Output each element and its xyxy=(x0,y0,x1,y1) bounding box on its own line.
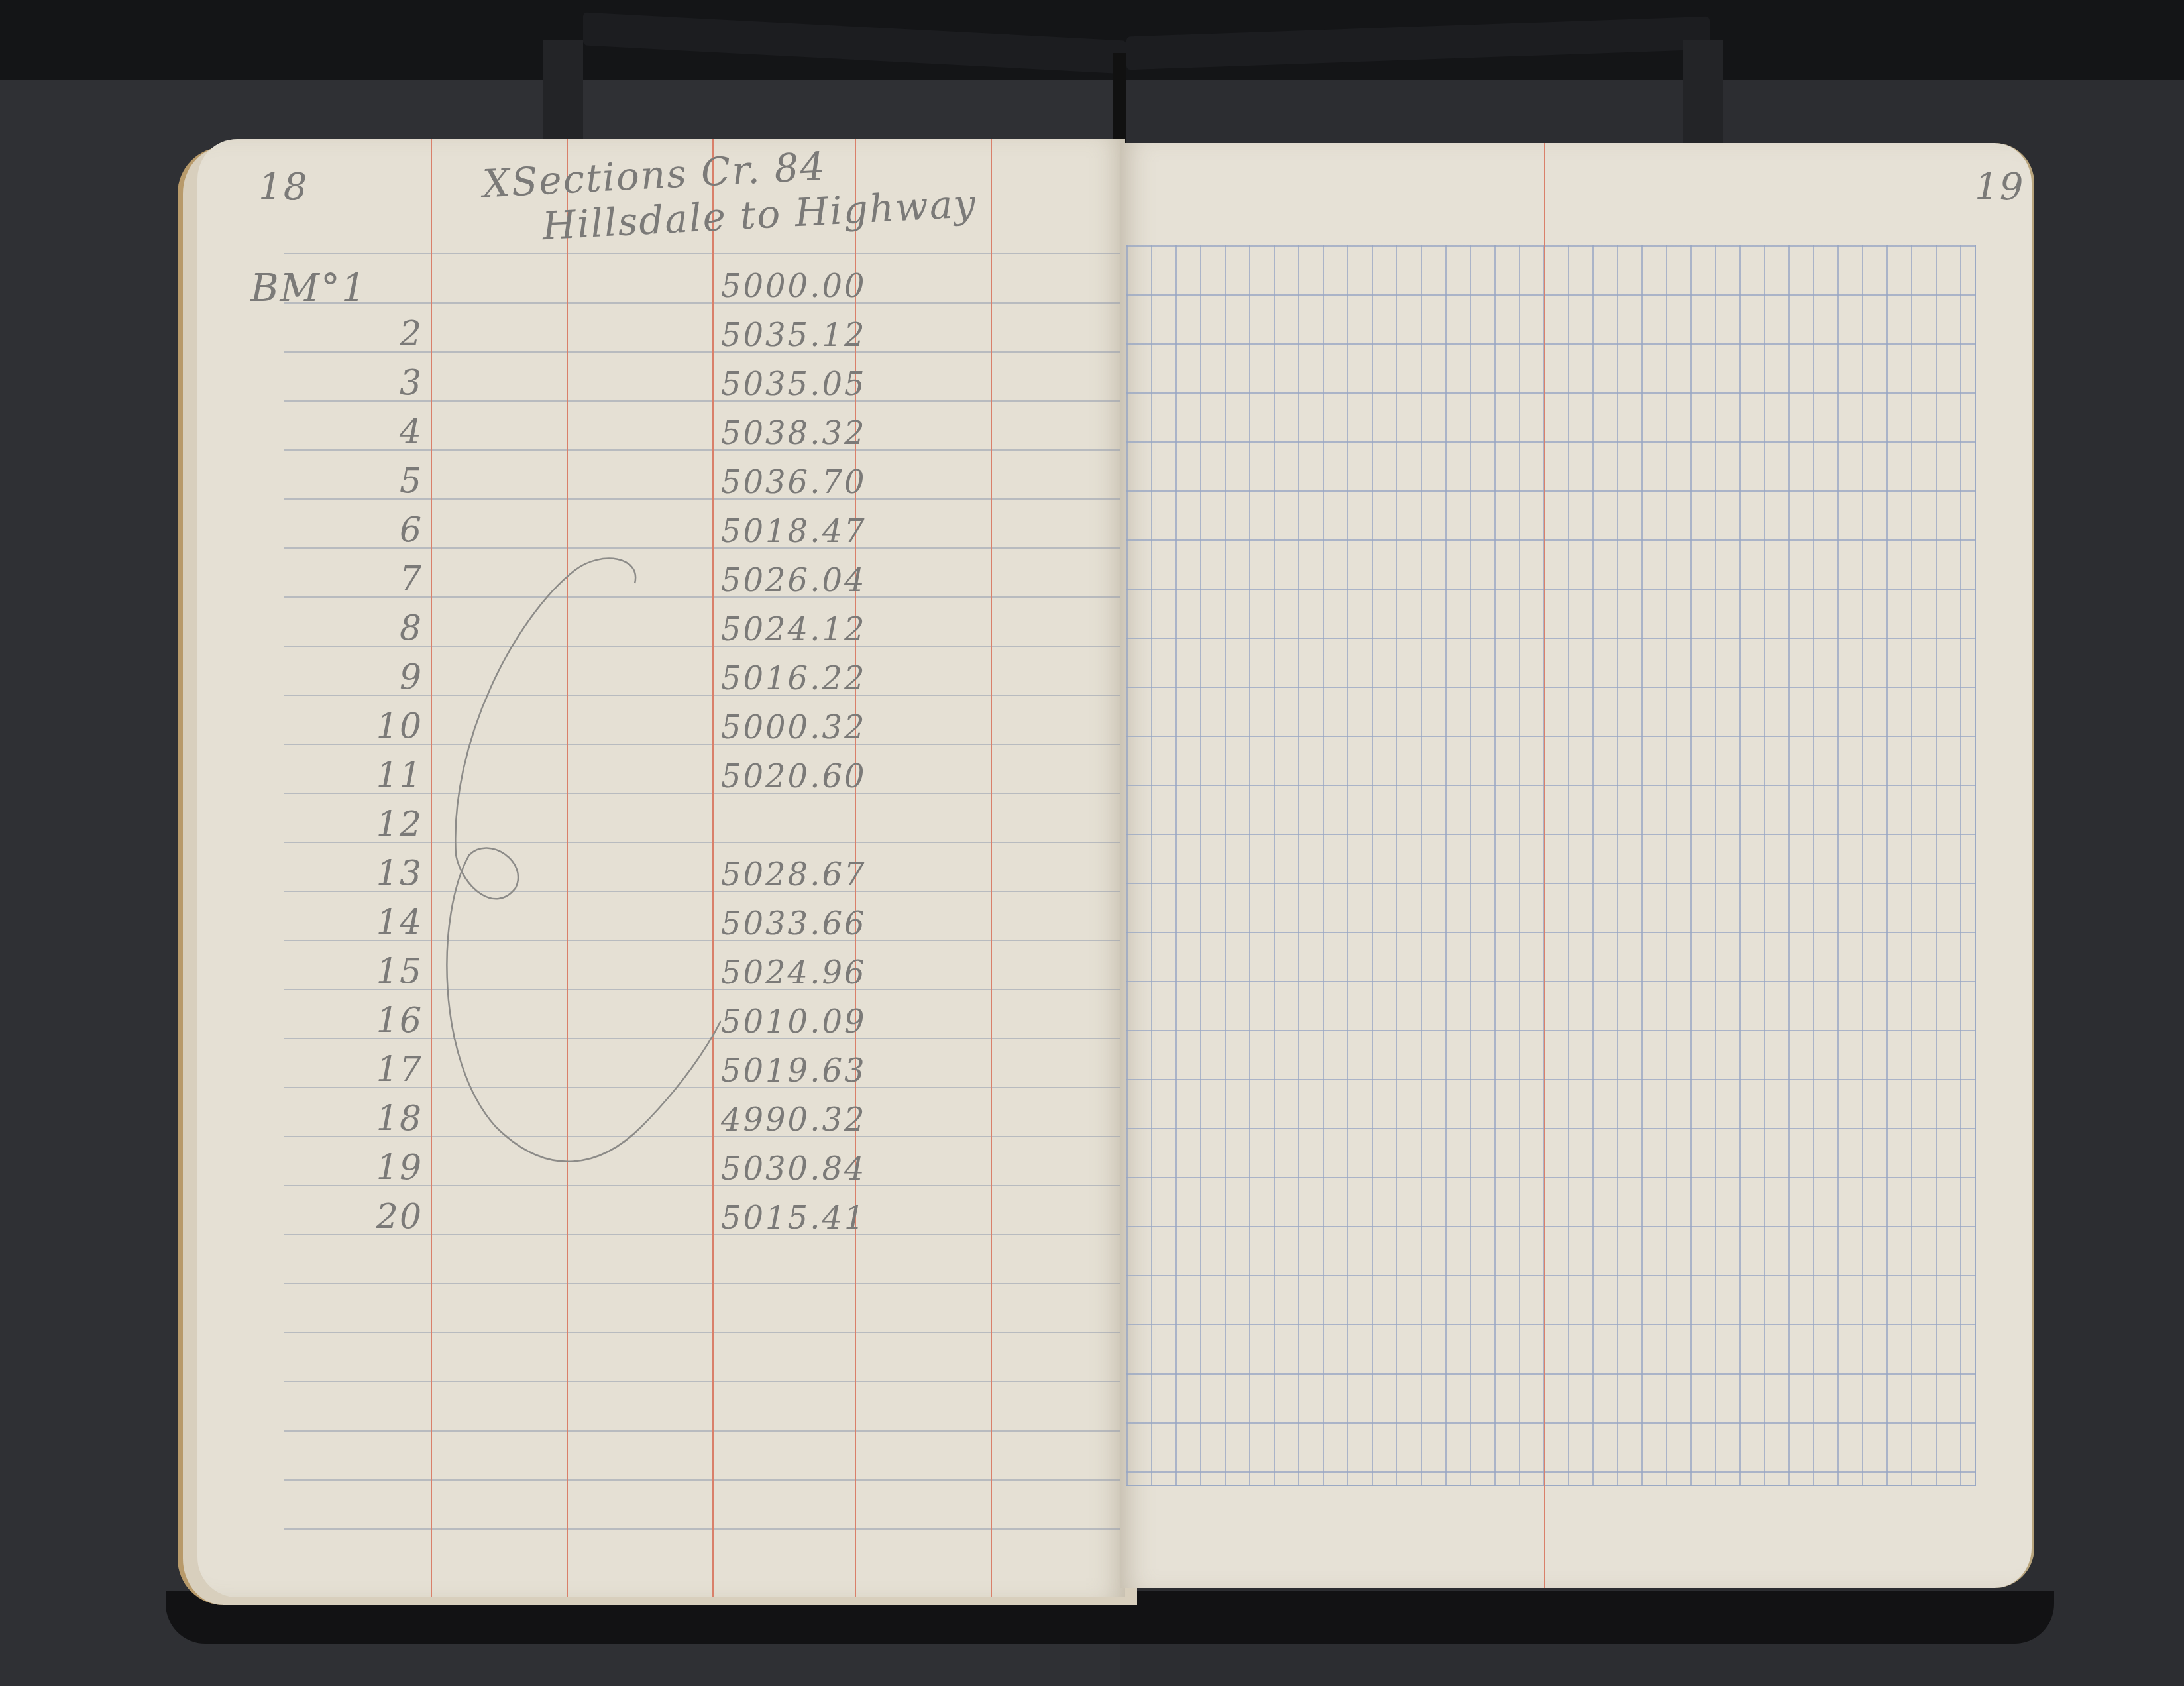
ruled-line xyxy=(284,1479,1125,1481)
pencil-loop-mark xyxy=(443,543,721,1206)
elevation-value: 5015.41 xyxy=(721,1200,867,1237)
right-page: 19 xyxy=(1120,143,2034,1588)
elevation-value: 5038.32 xyxy=(721,415,867,452)
red-column-rule xyxy=(991,139,992,1597)
elevation-value: 5033.66 xyxy=(721,905,867,942)
ruled-line xyxy=(284,302,1125,304)
ruled-line xyxy=(284,253,1125,254)
elevation-value: 5024.12 xyxy=(721,611,867,648)
station-label: 3 xyxy=(290,363,423,403)
station-label: BM°1 xyxy=(250,265,383,310)
ruled-line xyxy=(284,1332,1125,1333)
station-label: 7 xyxy=(290,559,423,599)
ruled-line xyxy=(284,1430,1125,1432)
elevation-value: 5036.70 xyxy=(721,464,867,501)
station-label: 4 xyxy=(290,412,423,452)
station-label: 20 xyxy=(290,1197,423,1237)
station-label: 16 xyxy=(290,1001,423,1040)
ruled-line xyxy=(284,1528,1125,1530)
station-label: 13 xyxy=(290,854,423,893)
elevation-value: 5026.04 xyxy=(721,562,867,599)
ruled-line xyxy=(284,1283,1125,1284)
elevation-value: 5016.22 xyxy=(721,660,867,697)
station-label: 8 xyxy=(290,608,423,648)
ruled-line xyxy=(284,1381,1125,1382)
station-label: 2 xyxy=(290,314,423,354)
red-column-rule xyxy=(1544,143,1545,1588)
elevation-value: 5028.67 xyxy=(721,856,867,893)
station-label: 15 xyxy=(290,952,423,991)
elevation-value: 5024.96 xyxy=(721,954,867,991)
station-label: 11 xyxy=(290,756,423,795)
elevation-value: 5000.32 xyxy=(721,709,867,746)
page-number-right: 19 xyxy=(1975,166,2024,209)
elevation-value: 5035.05 xyxy=(721,366,867,403)
page-number-left: 18 xyxy=(258,166,308,209)
elevation-value: 5020.60 xyxy=(721,758,867,795)
graph-grid xyxy=(1126,245,1976,1486)
station-label: 9 xyxy=(290,657,423,697)
spine-shadow xyxy=(1113,53,1126,146)
elevation-value: 5035.12 xyxy=(721,317,867,354)
elevation-value: 5018.47 xyxy=(721,513,867,550)
elevation-value: 5010.09 xyxy=(721,1003,867,1040)
station-label: 10 xyxy=(290,706,423,746)
station-label: 17 xyxy=(290,1050,423,1090)
station-label: 14 xyxy=(290,903,423,942)
station-label: 6 xyxy=(290,510,423,550)
elevation-value: 4990.32 xyxy=(721,1101,867,1139)
holder-post-right xyxy=(1683,40,1723,159)
station-label: 5 xyxy=(290,461,423,501)
elevation-value: 5000.00 xyxy=(721,268,867,305)
station-label: 19 xyxy=(290,1148,423,1188)
station-label: 18 xyxy=(290,1099,423,1139)
station-label: 12 xyxy=(290,805,423,844)
left-page: 18 XSections Cr. 84 Hillsdale to Highway… xyxy=(197,139,1125,1597)
elevation-value: 5019.63 xyxy=(721,1052,867,1090)
elevation-value: 5030.84 xyxy=(721,1151,867,1188)
red-column-rule xyxy=(431,139,432,1597)
